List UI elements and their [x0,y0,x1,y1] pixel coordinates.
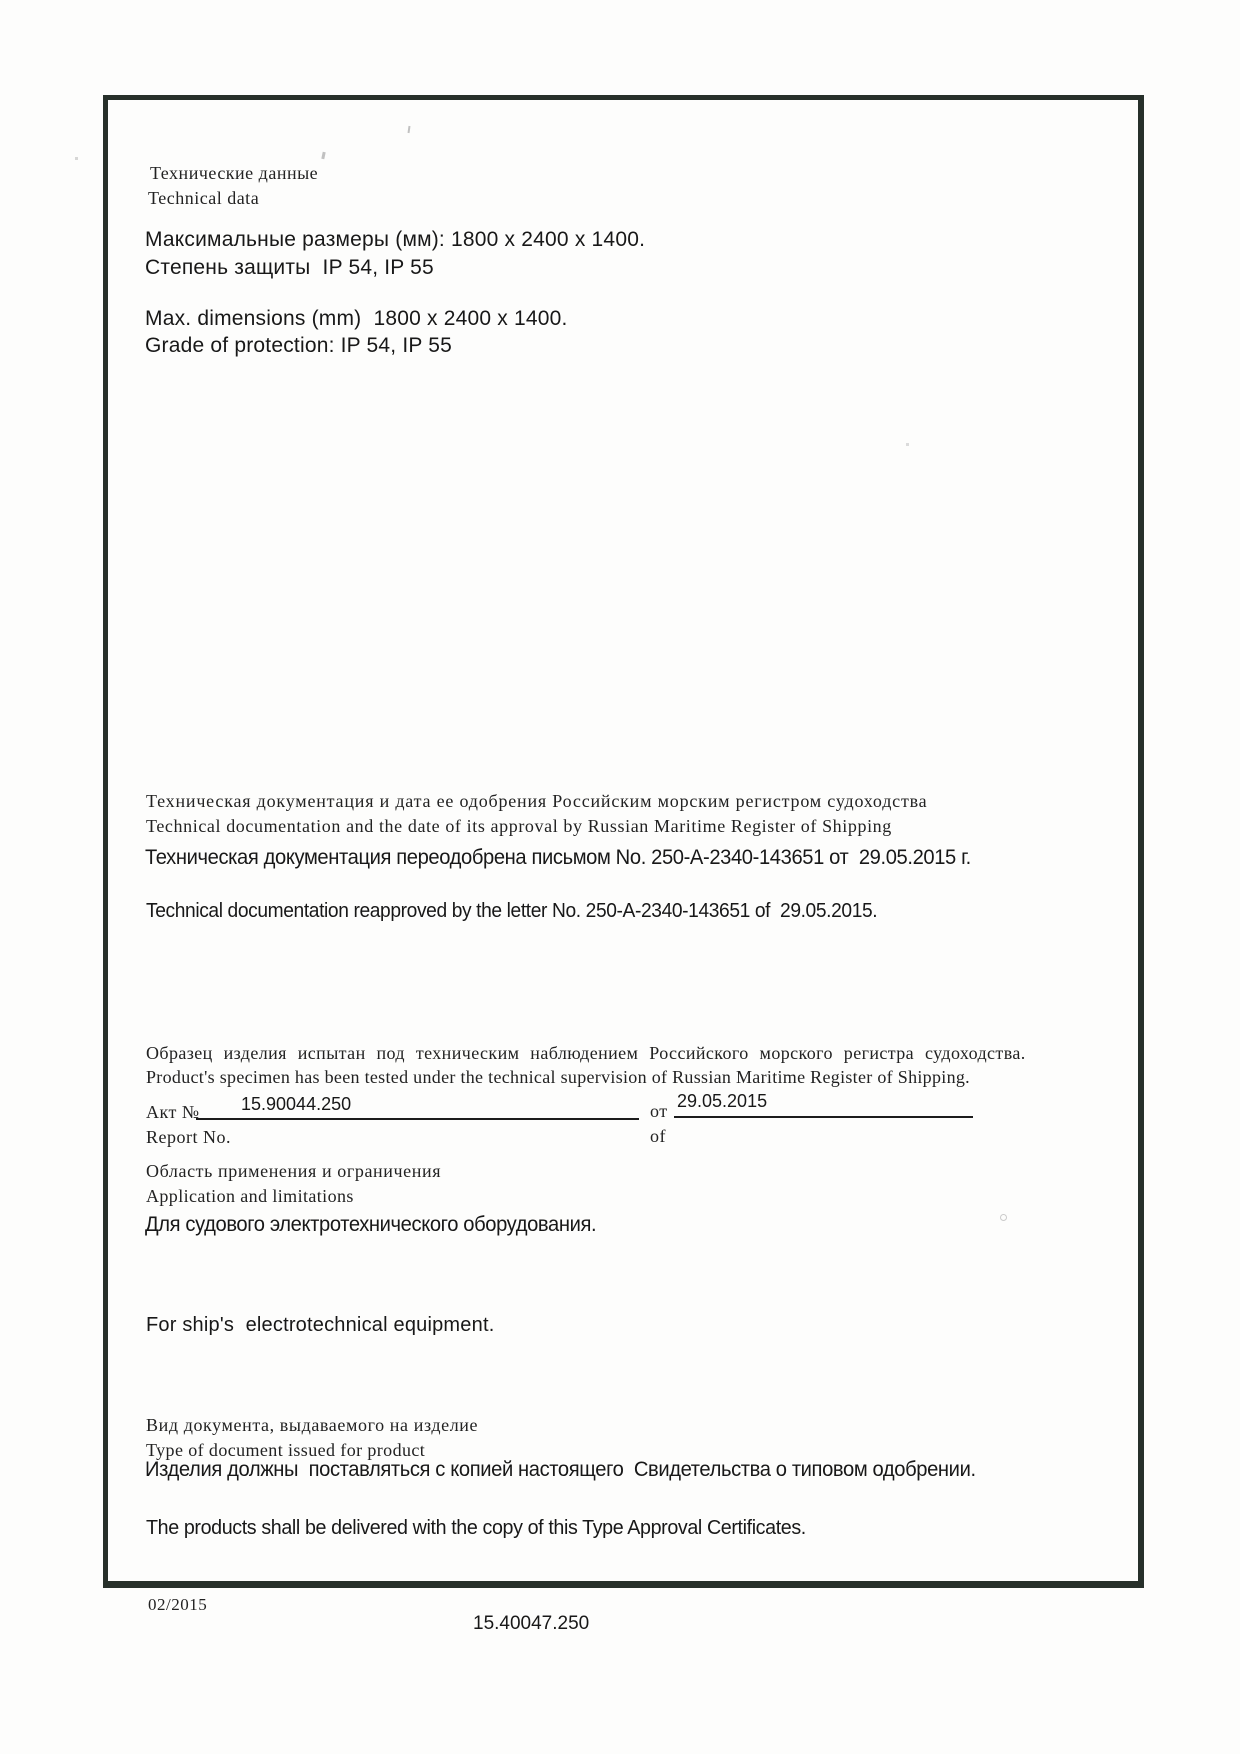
footer-document-code: 15.40047.250 [473,1613,589,1636]
report-date-label-en: of [650,1126,666,1148]
application-value-en: For ship's electrotechnical equipment. [146,1313,494,1337]
protection-grade-ru: Степень защиты IP 54, IP 55 [145,255,434,280]
report-date-value: 29.05.2015 [677,1091,767,1113]
scan-speck [1000,1214,1007,1221]
testing-label-ru: Образец изделия испытан под техническим … [146,1043,1026,1065]
document-type-value-ru: Изделия должны поставляться с копией нас… [145,1457,976,1482]
testing-label-en: Product's specimen has been tested under… [146,1067,970,1089]
report-number-label-en: Report No. [146,1127,231,1149]
protection-grade-en: Grade of protection: IP 54, IP 55 [145,333,452,358]
max-dimensions-en: Max. dimensions (mm) 1800 x 2400 x 1400. [145,306,568,331]
report-number-label-ru: Акт № [146,1102,200,1124]
certificate-page: Технические данные Technical data Максим… [0,0,1240,1754]
documentation-value-en: Technical documentation reapproved by th… [146,899,877,923]
technical-data-heading-en: Technical data [148,188,259,210]
report-number-value: 15.90044.250 [241,1094,351,1116]
document-type-label-ru: Вид документа, выдаваемого на изделие [146,1415,478,1437]
max-dimensions-ru: Максимальные размеры (мм): 1800 x 2400 x… [145,227,645,252]
documentation-value-ru: Техническая документация переодобрена пи… [145,845,971,870]
documentation-label-ru: Техническая документация и дата ее одобр… [146,791,927,813]
application-label-en: Application and limitations [146,1186,354,1208]
footer-form-code: 02/2015 [148,1595,207,1615]
application-label-ru: Область применения и ограничения [146,1161,441,1183]
report-date-label-ru: от [650,1101,668,1123]
scan-speck [906,443,909,446]
report-date-underline [674,1116,973,1118]
report-number-underline [196,1118,639,1120]
document-type-value-en: The products shall be delivered with the… [146,1516,806,1541]
documentation-label-en: Technical documentation and the date of … [146,816,892,838]
scan-speck [75,157,78,160]
application-value-ru: Для судового электротехнического оборудо… [145,1212,596,1237]
technical-data-heading-ru: Технические данные [150,163,318,185]
